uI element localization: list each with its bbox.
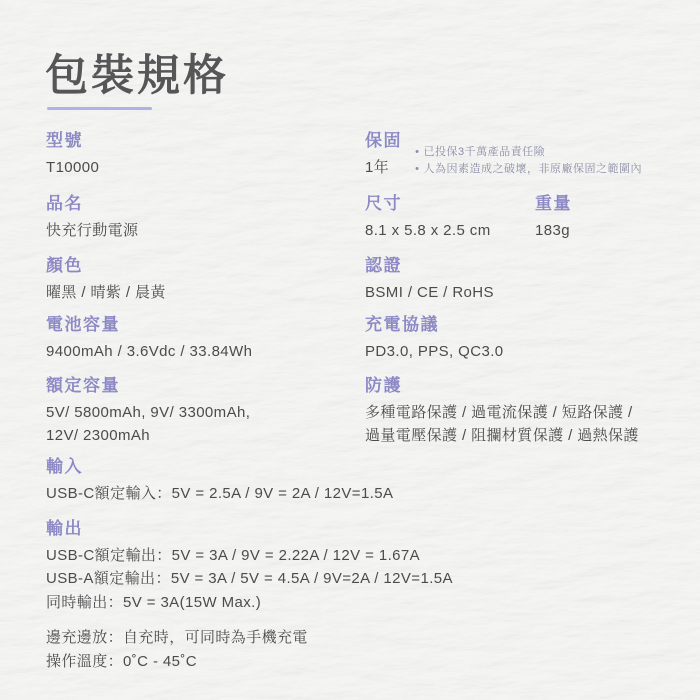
rated-capacity-label: 額定容量 — [46, 376, 250, 396]
protection-line1: 多種電路保護 / 過電流保護 / 短路保護 / — [365, 401, 639, 424]
passthrough-line: 邊充邊放：自充時，可同時為手機充電 — [46, 626, 308, 650]
warranty-note-1: •已投保3千萬產品責任險 — [415, 144, 642, 161]
output-line3: 同時輸出：5V = 3A(15W Max.) — [46, 591, 453, 615]
section-battery-capacity: 電池容量 9400mAh / 3.6Vdc / 33.84Wh — [46, 315, 252, 363]
warranty-note-1-text: 已投保3千萬產品責任險 — [424, 146, 546, 158]
output-line2: USB-A額定輸出：5V = 3A / 5V = 4.5A / 9V=2A / … — [46, 567, 453, 591]
charging-protocol-label: 充電協議 — [365, 315, 504, 335]
section-input: 輸入 USB-C額定輸入：5V = 2.5A / 9V = 2A / 12V=1… — [46, 457, 393, 505]
section-dimensions: 尺寸 8.1 x 5.8 x 2.5 cm — [365, 194, 491, 242]
output-line1: USB-C額定輸出：5V = 3A / 9V = 2.22A / 12V = 1… — [46, 544, 453, 567]
charging-protocol-value: PD3.0, PPS, QC3.0 — [365, 340, 504, 363]
section-model: 型號 T10000 — [46, 131, 99, 179]
section-certification: 認證 BSMI / CE / RoHS — [365, 256, 494, 304]
color-label: 顏色 — [46, 256, 166, 276]
battery-capacity-value: 9400mAh / 3.6Vdc / 33.84Wh — [46, 340, 252, 363]
spec-sheet-page: 包裝規格 型號 T10000 保固 1年 •已投保3千萬產品責任險 •人為因素造… — [0, 0, 700, 700]
title-underline — [47, 107, 152, 110]
page-title: 包裝規格 — [45, 42, 229, 103]
section-charging-protocol: 充電協議 PD3.0, PPS, QC3.0 — [365, 315, 504, 363]
warranty-note-2-text: 人為因素造成之破壞，非原廠保固之範圍內 — [424, 163, 643, 175]
operating-temp-line: 操作溫度：0˚C - 45˚C — [46, 650, 308, 674]
input-line1: USB-C額定輸入：5V = 2.5A / 9V = 2A / 12V=1.5A — [46, 482, 393, 505]
product-name-label: 品名 — [46, 194, 138, 214]
warranty-notes: •已投保3千萬產品責任險 •人為因素造成之破壞，非原廠保固之範圍內 — [415, 144, 642, 177]
certification-value: BSMI / CE / RoHS — [365, 281, 494, 304]
rated-capacity-line1: 5V/ 5800mAh, 9V/ 3300mAh, — [46, 401, 250, 424]
color-value: 曜黑 / 晴紫 / 晨黃 — [46, 281, 166, 304]
protection-line2: 過量電壓保護 / 阻攔材質保護 / 過熱保護 — [365, 424, 639, 448]
section-protection: 防護 多種電路保護 / 過電流保護 / 短路保護 / 過量電壓保護 / 阻攔材質… — [365, 376, 639, 448]
section-rated-capacity: 額定容量 5V/ 5800mAh, 9V/ 3300mAh, 12V/ 2300… — [46, 376, 250, 448]
battery-capacity-label: 電池容量 — [46, 315, 252, 335]
content-area: 包裝規格 型號 T10000 保固 1年 •已投保3千萬產品責任險 •人為因素造… — [0, 0, 700, 700]
section-output: 輸出 USB-C額定輸出：5V = 3A / 9V = 2.22A / 12V … — [46, 519, 453, 614]
protection-label: 防護 — [365, 376, 639, 396]
weight-label: 重量 — [535, 194, 572, 214]
dimensions-label: 尺寸 — [365, 194, 491, 214]
output-label: 輸出 — [46, 519, 453, 539]
certification-label: 認證 — [365, 256, 494, 276]
weight-value: 183g — [535, 219, 572, 242]
section-color: 顏色 曜黑 / 晴紫 / 晨黃 — [46, 256, 166, 304]
warranty-note-2: •人為因素造成之破壞，非原廠保固之範圍內 — [415, 161, 642, 178]
product-name-value: 快充行動電源 — [46, 219, 138, 242]
section-bottom-notes: 邊充邊放：自充時，可同時為手機充電 操作溫度：0˚C - 45˚C — [46, 626, 308, 673]
dimensions-value: 8.1 x 5.8 x 2.5 cm — [365, 219, 491, 242]
model-value: T10000 — [46, 156, 99, 179]
section-weight: 重量 183g — [535, 194, 572, 242]
model-label: 型號 — [46, 131, 99, 151]
warranty-value: 1年 — [365, 156, 389, 179]
bullet-icon: • — [415, 163, 419, 175]
rated-capacity-line2: 12V/ 2300mAh — [46, 424, 250, 448]
bullet-icon: • — [415, 146, 419, 158]
input-label: 輸入 — [46, 457, 393, 477]
section-warranty: 保固 1年 •已投保3千萬產品責任險 •人為因素造成之破壞，非原廠保固之範圍內 — [365, 131, 642, 179]
section-product-name: 品名 快充行動電源 — [46, 194, 138, 242]
